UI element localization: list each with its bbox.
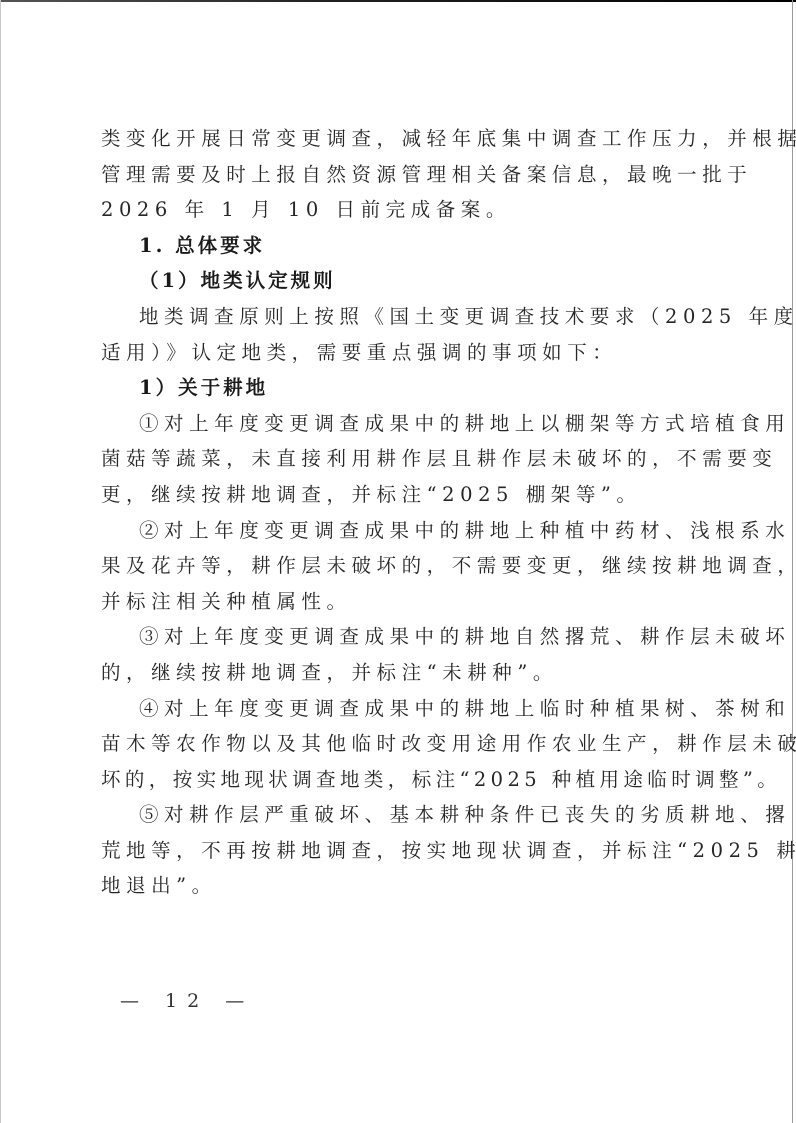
body-line: 2026 年 1 月 10 日前完成备案。: [101, 192, 701, 228]
list-item-1: ①对上年度变更调查成果中的耕地上以棚架等方式培植食用: [101, 406, 701, 442]
subsection-heading-land-class-rules: （1）地类认定规则: [101, 263, 701, 299]
body-line: 果及花卉等，耕作层未破坏的，不需要变更，继续按耕地调查，: [101, 548, 701, 584]
paragraph-start: 地类调查原则上按照《国土变更调查技术要求（2025 年度: [101, 299, 701, 335]
body-line: 适用）》认定地类，需要重点强调的事项如下：: [101, 335, 701, 371]
list-item-3: ③对上年度变更调查成果中的耕地自然撂荒、耕作层未破坏: [101, 619, 701, 655]
subheading-about-cultivated-land: 1）关于耕地: [101, 370, 701, 406]
body-line: 荒地等，不再按耕地调查，按实地现状调查，并标注“2025 耕: [101, 833, 701, 869]
body-line: 并标注相关种植属性。: [101, 584, 701, 620]
body-line: 更，继续按耕地调查，并标注“2025 棚架等”。: [101, 477, 701, 513]
body-line: 管理需要及时上报自然资源管理相关备案信息，最晚一批于: [101, 157, 701, 193]
list-item-5: ⑤对耕作层严重破坏、基本耕种条件已丧失的劣质耕地、撂: [101, 797, 701, 833]
body-line: 苗木等农作物以及其他临时改变用途用作农业生产，耕作层未破: [101, 726, 701, 762]
document-body: 类变化开展日常变更调查，减轻年底集中调查工作压力，并根据 管理需要及时上报自然资…: [101, 121, 701, 904]
body-line: 坏的，按实地现状调查地类，标注“2025 种植用途临时调整”。: [101, 762, 701, 798]
body-line: 的，继续按耕地调查，并标注“未耕种”。: [101, 655, 701, 691]
section-heading-overall-requirements: 1. 总体要求: [101, 228, 701, 264]
scan-left-border: [0, 0, 1, 1123]
body-line: 地退出”。: [101, 868, 701, 904]
page-number: — 12 —: [120, 990, 254, 1012]
body-line: 类变化开展日常变更调查，减轻年底集中调查工作压力，并根据: [101, 121, 701, 157]
list-item-4: ④对上年度变更调查成果中的耕地上临时种植果树、茶树和: [101, 691, 701, 727]
list-item-2: ②对上年度变更调查成果中的耕地上种植中药材、浅根系水: [101, 513, 701, 549]
scan-top-border: [0, 0, 796, 2]
body-line: 菌菇等蔬菜，未直接利用耕作层且耕作层未破坏的，不需要变: [101, 441, 701, 477]
